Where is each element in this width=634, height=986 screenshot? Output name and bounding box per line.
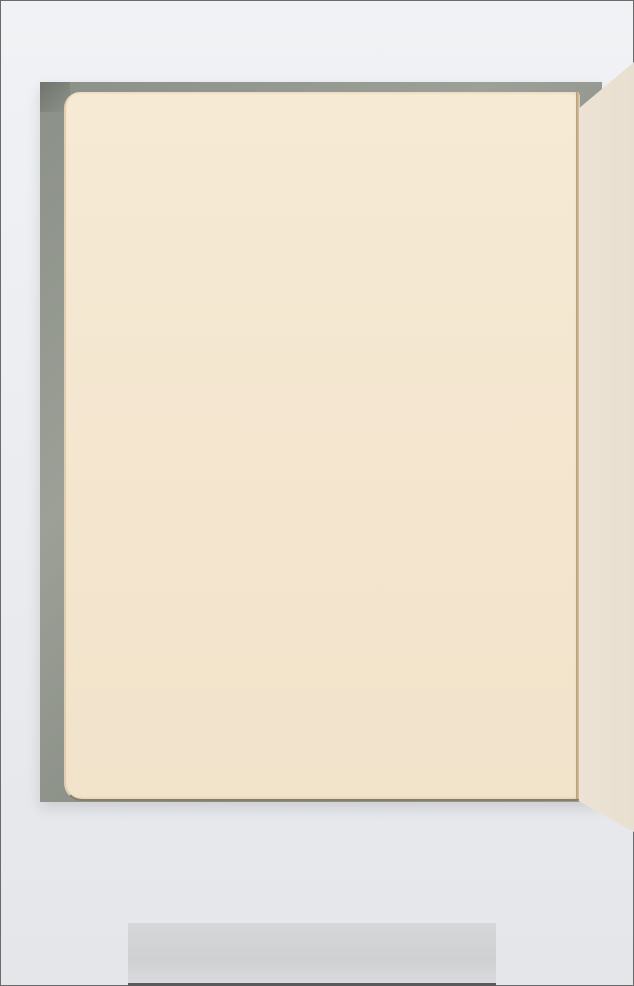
- book-page: [64, 92, 580, 801]
- ruler-numbers: [132, 939, 494, 959]
- page-gutter: [576, 92, 579, 799]
- facing-page: [579, 62, 634, 832]
- scale-ruler: [128, 922, 496, 986]
